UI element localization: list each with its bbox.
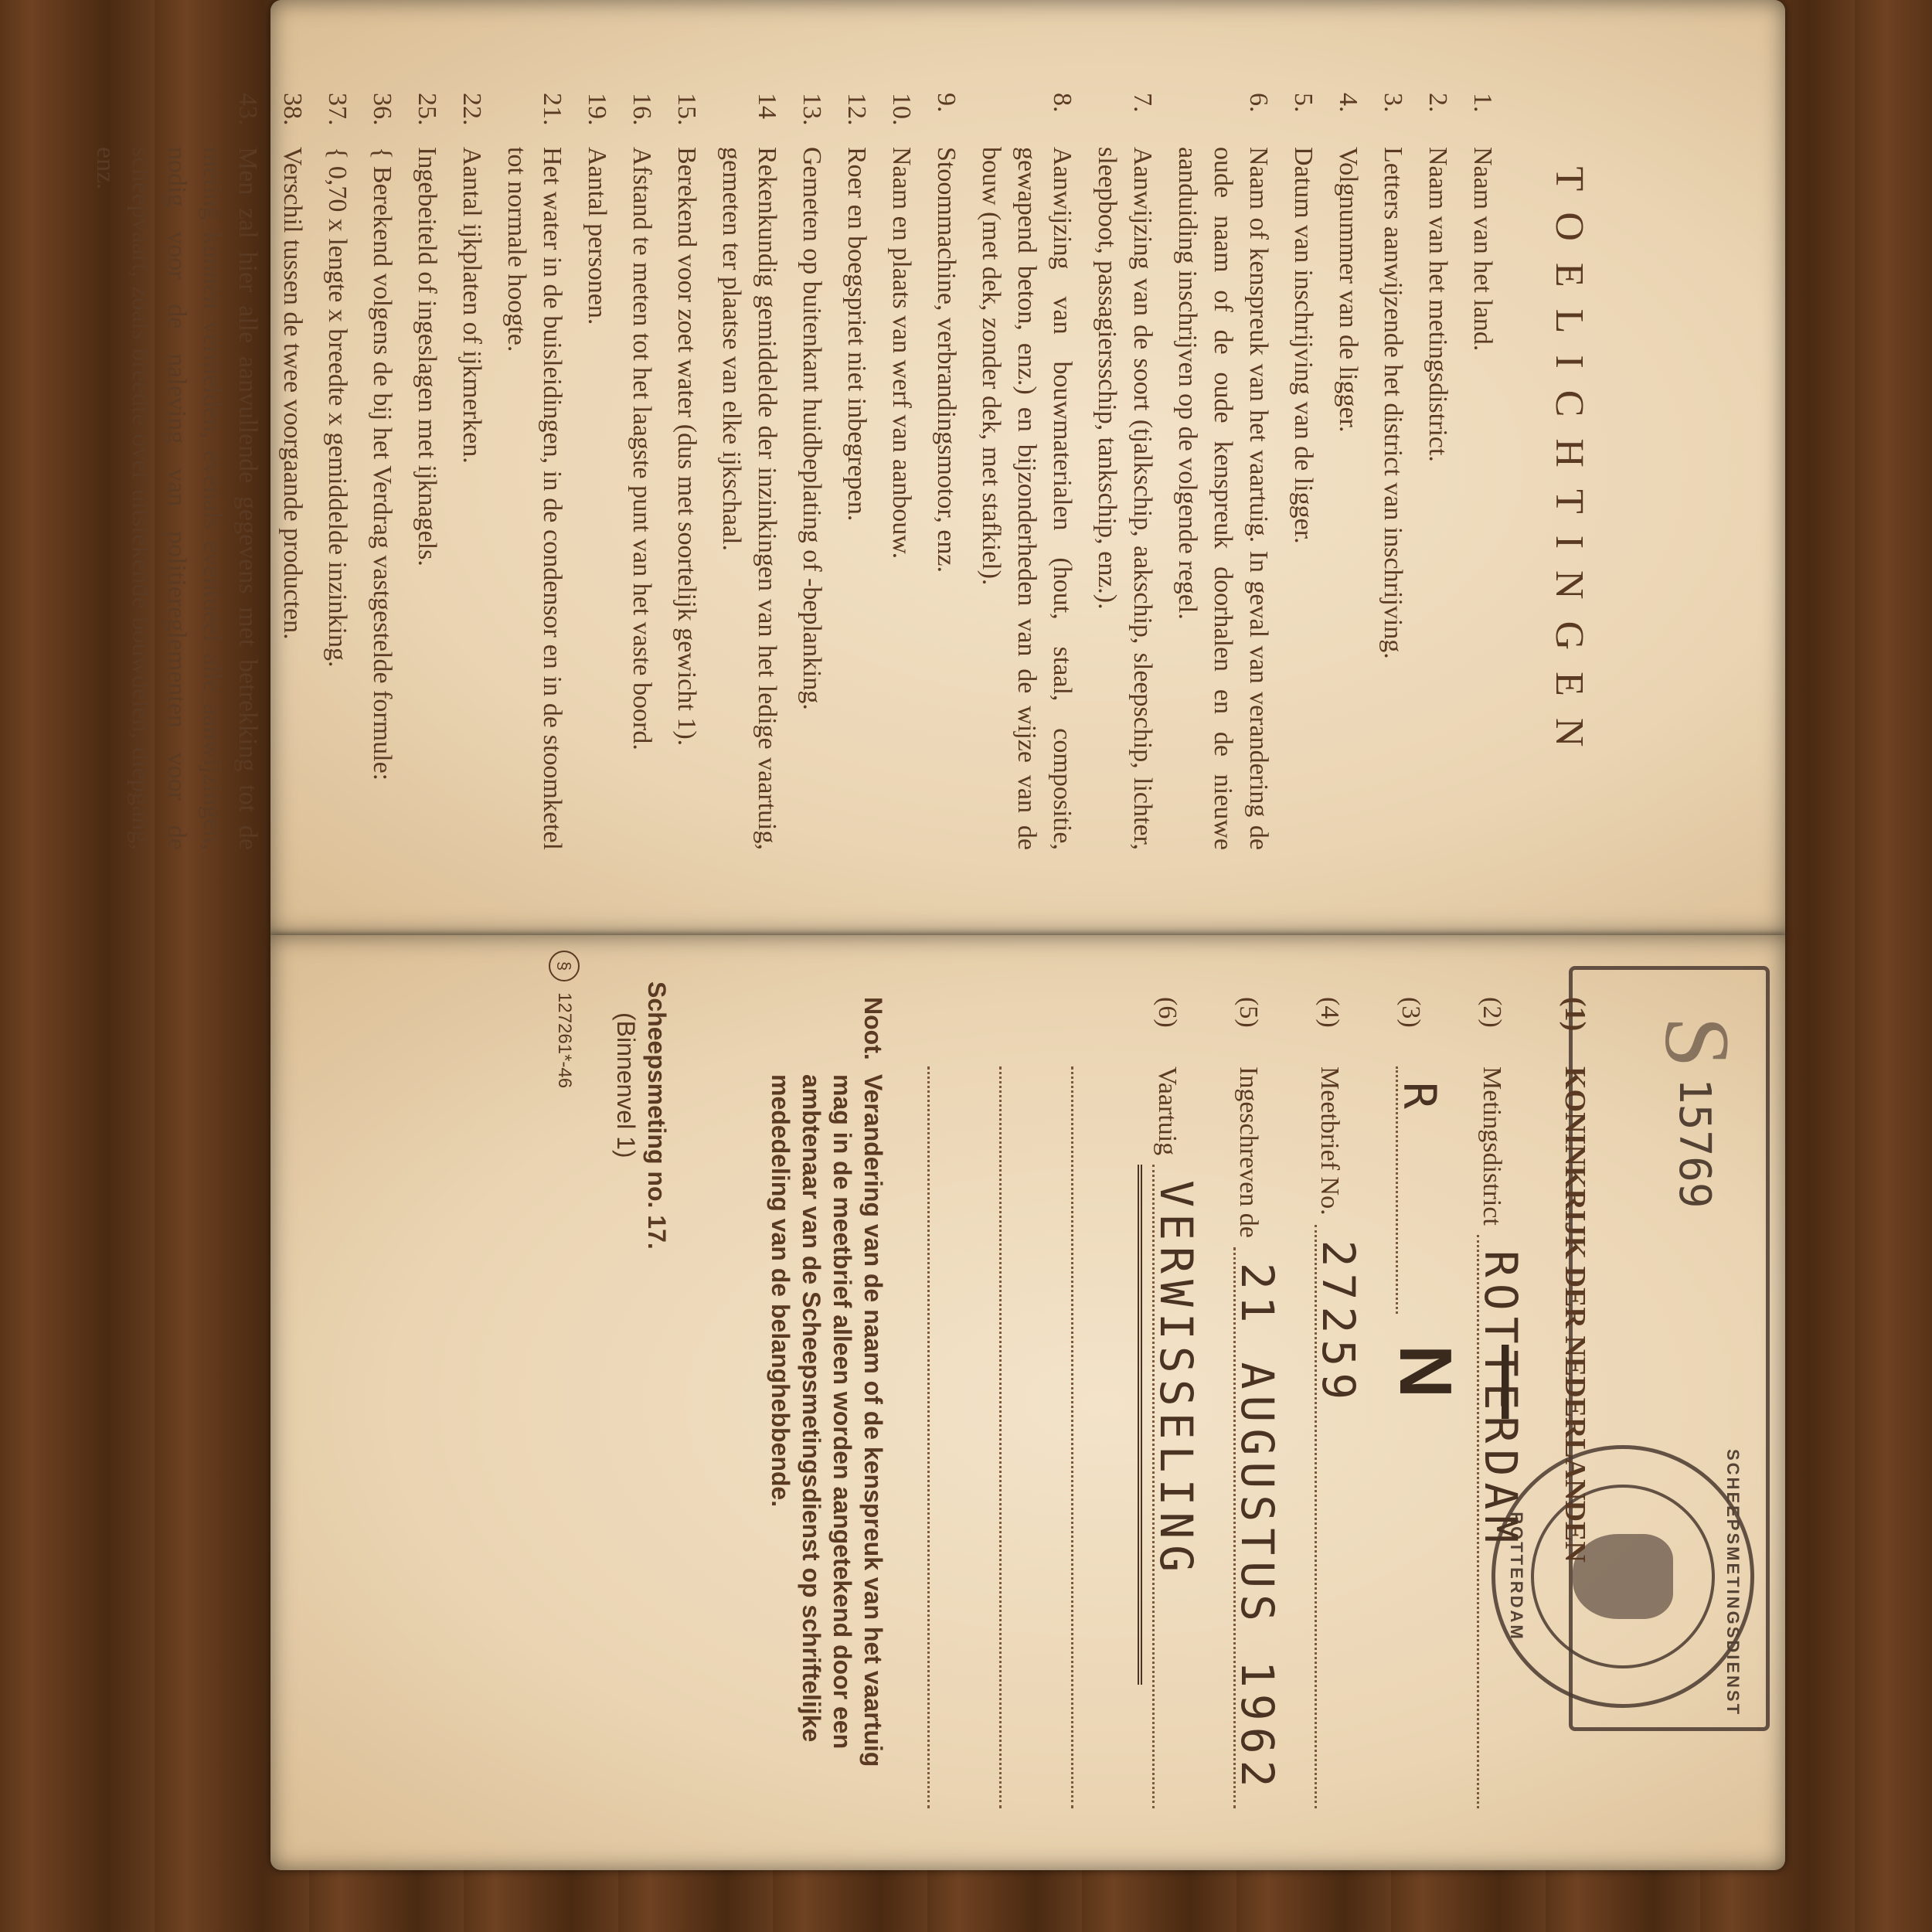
field-index: (2) <box>1477 997 1506 1066</box>
certificate-number-field[interactable]: 27259 <box>1315 1225 1348 1808</box>
blank-line <box>999 1066 1032 1808</box>
list-item: 43.Men zal hier alle aanvullende gegeven… <box>87 93 265 850</box>
handwritten-value: VERWISSELING <box>1150 1180 1202 1578</box>
item-number: 22. <box>454 93 489 147</box>
printer-mark: § 127261*-46 <box>549 951 580 1808</box>
explanations-list: 1.Naam van het land. 2.Naam van het meti… <box>87 93 1500 850</box>
seal-top-text: SCHEEPSMETINGSDIENST <box>1723 1449 1743 1704</box>
item-number: 14 <box>713 93 784 147</box>
field-index: (3) <box>1396 997 1425 1066</box>
item-text: Verschil tussen de twee voorgaande produ… <box>274 147 310 850</box>
handwritten-value: 21 AUGUSTUS 1962 <box>1231 1263 1284 1794</box>
list-item: 13.Gemeten op buitenkant huidbeplating o… <box>794 93 829 850</box>
item-number: 16. <box>624 93 659 147</box>
field-vessel: (6) Vaartuig VERWISSELING <box>1152 997 1185 1808</box>
item-text: { Berekend volgens de bij het Verdrag va… <box>364 147 400 850</box>
explanations-page: TOELICHTINGEN 1.Naam van het land. 2.Naa… <box>270 0 1785 935</box>
item-text: Ingebeiteld of ingeslagen met ijknagels. <box>409 147 444 850</box>
stamped-letter: — N <box>1383 1345 1553 1419</box>
item-number: 5. <box>1285 93 1321 147</box>
list-item: 14Rekenkundig gemiddelde der inzinkingen… <box>713 93 784 850</box>
blank-entry-field[interactable] <box>999 1066 1032 1808</box>
item-number: 13. <box>794 93 829 147</box>
item-number: 15. <box>668 93 704 147</box>
item-number: 6. <box>1169 93 1276 147</box>
blank-entry-field[interactable] <box>1071 1066 1104 1808</box>
item-number: 8. <box>973 93 1080 147</box>
field-label: Metingsdistrict <box>1477 1066 1506 1235</box>
field-index: (5) <box>1233 997 1263 1066</box>
field-certificate-number: (4) Meetbrief No. 27259 <box>1315 997 1348 1808</box>
list-item: 9.Stoommachine, verbrandingsmotor, enz. <box>928 93 964 850</box>
item-text: Men zal hier alle aanvullende gegevens m… <box>87 147 265 850</box>
blank-entry-field[interactable] <box>927 1066 961 1808</box>
item-text: Roer en boegspriet niet inbegrepen. <box>838 147 874 850</box>
item-text: Afstand te meten tot het laagste punt va… <box>624 147 659 850</box>
vessel-name-field[interactable]: VERWISSELING <box>1152 1165 1185 1808</box>
field-letters: (3) R — N <box>1396 997 1429 1808</box>
item-number: 25. <box>409 93 444 147</box>
item-text: { 0,70 x lengte x breedte x gemiddelde i… <box>319 147 355 850</box>
item-number: 38. <box>274 93 310 147</box>
item-number: 1. <box>1464 93 1500 147</box>
field-label: Ingeschreven de <box>1233 1066 1263 1247</box>
field-label: Meetbrief No. <box>1315 1066 1344 1225</box>
item-number: 10. <box>883 93 919 147</box>
blank-line <box>1071 1066 1104 1808</box>
form-identifier: Scheepsmeting no. 17. (Binnenvel 1) <box>611 981 672 1808</box>
list-item: 12.Roer en boegspriet niet inbegrepen. <box>838 93 874 850</box>
measurement-form: (1) KONINKRIJK DER NEDERLANDEN (2) Metin… <box>549 997 1716 1808</box>
item-number: 37. <box>319 93 355 147</box>
list-item: 7.Aanwijzing van de soort (tjalkschip, a… <box>1089 93 1160 850</box>
item-text: Naam van het land. <box>1464 147 1500 850</box>
item-number: 36. <box>364 93 400 147</box>
item-number: 43. <box>87 93 265 147</box>
item-text: Letters aanwijzende het district van ins… <box>1375 147 1410 850</box>
item-text: Het water in de buisleidingen, in de con… <box>498 147 570 850</box>
item-text: Naam van het metingsdistrict. <box>1420 147 1455 850</box>
list-item: 38.Verschil tussen de twee voorgaande pr… <box>274 93 310 850</box>
field-registration-date: (5) Ingeschreven de 21 AUGUSTUS 1962 <box>1233 997 1267 1808</box>
district-letters-field[interactable]: R — N <box>1396 1066 1429 1314</box>
item-text: Aanwijzing van bouwmaterialen (hout, sta… <box>973 147 1080 850</box>
note-text: Verandering van de naam of de kenspreuk … <box>765 1074 889 1808</box>
item-text: Datum van inschrijving van de ligger. <box>1285 147 1321 850</box>
district-value-field[interactable]: ROTTERDAM <box>1477 1235 1510 1808</box>
item-number: 21. <box>498 93 570 147</box>
field-index: (6) <box>1152 997 1182 1066</box>
item-number: 12. <box>838 93 874 147</box>
list-item: 21.Het water in de buisleidingen, in de … <box>498 93 570 850</box>
item-text: Volgnummer van de ligger. <box>1330 147 1366 850</box>
list-item: 8.Aanwijzing van bouwmaterialen (hout, s… <box>973 93 1080 850</box>
measurement-booklet: TOELICHTINGEN 1.Naam van het land. 2.Naa… <box>270 0 1785 1870</box>
registration-date-field[interactable]: 21 AUGUSTUS 1962 <box>1233 1247 1267 1808</box>
list-item: 6.Naam of kenspreuk van het vaartuig. In… <box>1169 93 1276 850</box>
form-subtitle: (Binnenvel 1) <box>611 981 641 1808</box>
item-number: 19. <box>579 93 614 147</box>
list-item: 5.Datum van inschrijving van de ligger. <box>1285 93 1321 850</box>
print-code: 127261*-46 <box>553 992 575 1088</box>
list-item: 22.Aantal ijkplaten of ijkmerken. <box>454 93 489 850</box>
item-number: 7. <box>1089 93 1160 147</box>
item-text: Aantal ijkplaten of ijkmerken. <box>454 147 489 850</box>
item-number: 9. <box>928 93 964 147</box>
list-item: 16.Afstand te meten tot het laagste punt… <box>624 93 659 850</box>
item-number: 4. <box>1330 93 1366 147</box>
handwritten-value: 27259 <box>1312 1240 1365 1406</box>
double-underline <box>1138 1165 1142 1685</box>
item-text: Berekend voor zoet water (dus met soorte… <box>668 147 704 850</box>
list-item: 10.Naam en plaats van werf van aanbouw. <box>883 93 919 850</box>
item-number: 2. <box>1420 93 1455 147</box>
item-number: 3. <box>1375 93 1410 147</box>
list-item: 37.{ 0,70 x lengte x breedte x gemiddeld… <box>319 93 355 850</box>
list-item: 15.Berekend voor zoet water (dus met soo… <box>668 93 704 850</box>
form-title: Scheepsmeting no. 17. <box>641 981 672 1808</box>
printer-crest-icon: § <box>549 951 580 981</box>
field-country: (1) KONINKRIJK DER NEDERLANDEN <box>1558 997 1592 1808</box>
item-text: Stoommachine, verbrandingsmotor, enz. <box>928 147 964 850</box>
measurement-form-page: S 15769 SCHEEPSMETINGSDIENST ROTTERDAM (… <box>270 935 1785 1870</box>
list-item: 4.Volgnummer van de ligger. <box>1330 93 1366 850</box>
list-item: 2.Naam van het metingsdistrict. <box>1420 93 1455 850</box>
item-text: Gemeten op buitenkant huidbeplating of -… <box>794 147 829 850</box>
field-label: Vaartuig <box>1152 1066 1182 1165</box>
item-text: Aantal personen. <box>579 147 614 850</box>
footnote: Noot. Verandering van de naam of de kens… <box>765 997 889 1808</box>
photo-scene: TOELICHTINGEN 1.Naam van het land. 2.Naa… <box>0 0 1932 1932</box>
list-item: 36.{ Berekend volgens de bij het Verdrag… <box>364 93 400 850</box>
page-title: TOELICHTINGEN <box>1546 0 1592 935</box>
list-item: 25.Ingebeiteld of ingeslagen met ijknage… <box>409 93 444 850</box>
item-text: Naam of kenspreuk van het vaartuig. In g… <box>1169 147 1276 850</box>
field-index: (1) <box>1558 997 1592 1066</box>
list-item: 3.Letters aanwijzende het district van i… <box>1375 93 1410 850</box>
list-item: 1.Naam van het land. <box>1464 93 1500 850</box>
note-label: Noot. <box>765 997 889 1074</box>
item-text: Aanwijzing van de soort (tjalkschip, aak… <box>1089 147 1160 850</box>
blank-line <box>927 1066 961 1808</box>
handwritten-value: R <box>1393 1082 1446 1115</box>
field-index: (4) <box>1315 997 1344 1066</box>
item-text: Naam en plaats van werf van aanbouw. <box>883 147 919 850</box>
country-heading: KONINKRIJK DER NEDERLANDEN <box>1558 1066 1592 1572</box>
item-text: Rekenkundig gemiddelde der inzinkingen v… <box>713 147 784 850</box>
list-item: 19.Aantal personen. <box>579 93 614 850</box>
